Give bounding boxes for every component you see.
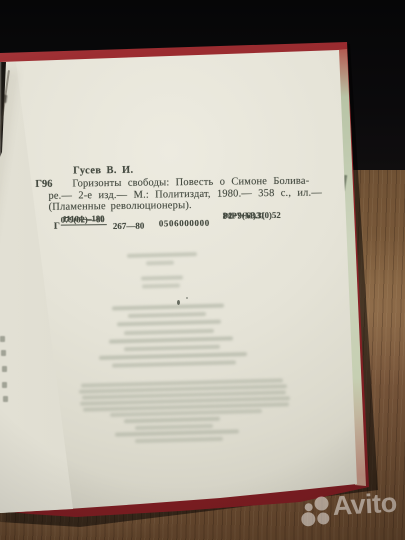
description-line-3: (Пламенные революционеры). [49,200,192,213]
show-through-line [124,345,220,352]
fraction-denominator: 079(02)—80 [61,213,105,225]
show-through-line [142,284,180,289]
photo-scene: Гусев В. И. Г96 Горизонты свободы: Повес… [0,0,405,540]
catalog-prefix: Г [54,222,60,232]
avito-logo-icon [304,503,312,511]
isbn-number: 0506000000 [159,218,210,229]
show-through-line [128,312,206,318]
avito-watermark: Avito [296,487,405,537]
avito-logo-icon [314,496,329,511]
show-through-text [0,0,405,540]
show-through-line [141,275,183,280]
avito-logo-icon [301,512,316,527]
paper-speck [177,300,180,305]
show-through-line [112,304,224,311]
show-through-line [124,417,220,424]
show-through-line [115,429,239,436]
show-through-line [109,336,233,343]
avito-wordmark: Avito [332,488,398,522]
avito-logo-icon [317,512,330,525]
author-line: Гусев В. И. [73,165,134,177]
show-through-line [135,424,213,430]
catalog-order-code: 267—80 [113,221,145,231]
show-through-line [135,437,223,443]
paper-speck [186,297,188,299]
show-through-line [124,329,214,336]
show-through-line [112,360,236,367]
imprint-text-block: Гусев В. И. Г96 Горизонты свободы: Повес… [30,156,371,270]
show-through-line [99,352,247,360]
show-through-line [117,320,221,327]
bbk-line-2: Р2+9(М)31 [223,210,265,221]
classification-code: Г96 [35,178,52,189]
